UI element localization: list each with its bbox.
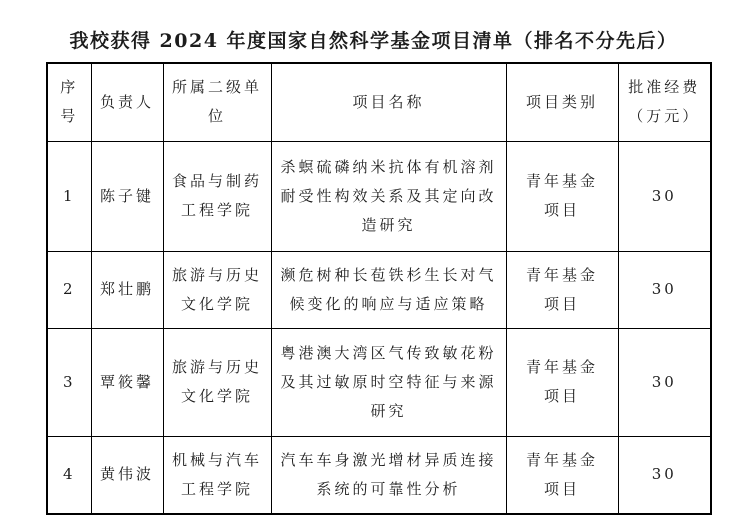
grant-table: 序 号 负责人 所属二级单 位 项目名称 项目类别 批准经费 （万元） 1 陈子…: [46, 62, 712, 515]
cell-project-name: 粤港澳大湾区气传致敏花粉 及其过敏原时空特征与来源 研究: [271, 328, 506, 436]
cell-principal-investigator: 黄伟波: [91, 436, 163, 514]
cell-principal-investigator: 郑壮鹏: [91, 251, 163, 328]
cell-approved-funding: 30: [618, 436, 711, 514]
cell-approved-funding: 30: [618, 141, 711, 251]
cell-project-category: 青年基金 项目: [506, 436, 618, 514]
cell-college-unit: 食品与制药 工程学院: [163, 141, 271, 251]
cell-serial-number: 3: [47, 328, 91, 436]
cell-project-category: 青年基金 项目: [506, 141, 618, 251]
cell-project-category: 青年基金 项目: [506, 251, 618, 328]
table-row: 4 黄伟波 机械与汽车 工程学院 汽车车身激光增材异质连接 系统的可靠性分析 青…: [47, 436, 711, 514]
cell-principal-investigator: 陈子键: [91, 141, 163, 251]
header-project-name: 项目名称: [271, 63, 506, 141]
table-row: 3 覃筱馨 旅游与历史 文化学院 粤港澳大湾区气传致敏花粉 及其过敏原时空特征与…: [47, 328, 711, 436]
table-row: 1 陈子键 食品与制药 工程学院 杀螟硫磷纳米抗体有机溶剂 耐受性构效关系及其定…: [47, 141, 711, 251]
header-college-unit: 所属二级单 位: [163, 63, 271, 141]
table-header-row: 序 号 负责人 所属二级单 位 项目名称 项目类别 批准经费 （万元）: [47, 63, 711, 141]
document-title: 我校获得 2024 年度国家自然科学基金项目清单（排名不分先后）: [0, 28, 747, 55]
cell-project-category: 青年基金 项目: [506, 328, 618, 436]
cell-college-unit: 旅游与历史 文化学院: [163, 328, 271, 436]
cell-serial-number: 2: [47, 251, 91, 328]
cell-college-unit: 旅游与历史 文化学院: [163, 251, 271, 328]
header-principal-investigator: 负责人: [91, 63, 163, 141]
cell-serial-number: 1: [47, 141, 91, 251]
header-serial-number: 序 号: [47, 63, 91, 141]
cell-project-name: 濒危树种长苞铁杉生长对气 候变化的响应与适应策略: [271, 251, 506, 328]
table-row: 2 郑壮鹏 旅游与历史 文化学院 濒危树种长苞铁杉生长对气 候变化的响应与适应策…: [47, 251, 711, 328]
cell-college-unit: 机械与汽车 工程学院: [163, 436, 271, 514]
cell-approved-funding: 30: [618, 328, 711, 436]
cell-serial-number: 4: [47, 436, 91, 514]
header-approved-funding: 批准经费 （万元）: [618, 63, 711, 141]
header-project-category: 项目类别: [506, 63, 618, 141]
cell-approved-funding: 30: [618, 251, 711, 328]
cell-project-name: 杀螟硫磷纳米抗体有机溶剂 耐受性构效关系及其定向改 造研究: [271, 141, 506, 251]
cell-principal-investigator: 覃筱馨: [91, 328, 163, 436]
document-page: 我校获得 2024 年度国家自然科学基金项目清单（排名不分先后） 序 号 负责人…: [0, 0, 747, 530]
cell-project-name: 汽车车身激光增材异质连接 系统的可靠性分析: [271, 436, 506, 514]
